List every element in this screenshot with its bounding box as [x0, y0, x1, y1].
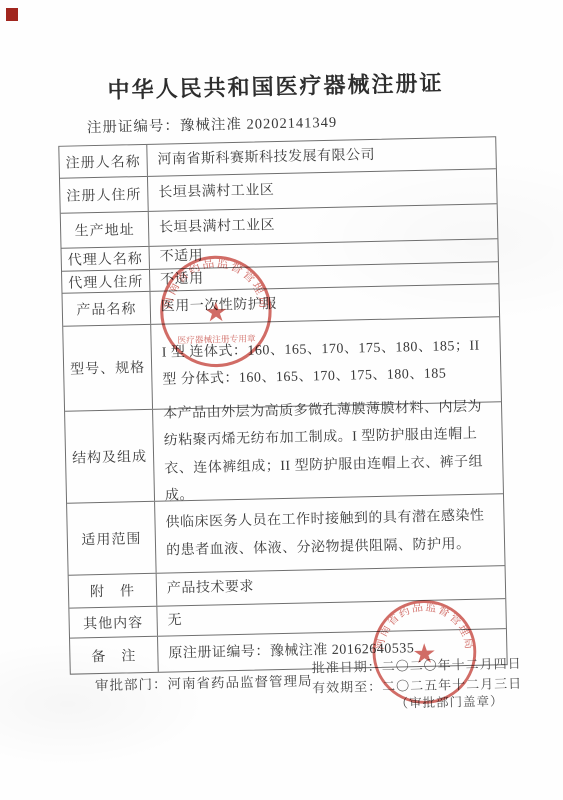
- row-label: 注册人名称: [59, 145, 148, 178]
- row-label: 代理人住所: [62, 270, 150, 293]
- registration-number-line: 注册证编号：豫械注准 20202141349: [87, 111, 338, 137]
- row-label: 代理人名称: [62, 247, 150, 271]
- registration-number-label: 注册证编号：: [87, 118, 180, 136]
- table-row: 结构及组成 本产品由外层为高质多微孔薄膜薄膜材料、内层为纺粘聚丙烯无纺布加工制成…: [65, 402, 503, 503]
- table-row: 适用范围 供临床医务人员在工作时接触到的具有潜在感染性的患者血液、体液、分泌物提…: [67, 494, 504, 575]
- registration-number-value: 豫械注准 20202141349: [180, 115, 338, 134]
- seal-star-icon: ★: [203, 297, 228, 329]
- row-value: 本产品由外层为高质多微孔薄膜薄膜材料、内层为纺粘聚丙烯无纺布加工制成。I 型防护…: [153, 402, 503, 501]
- row-label: 结构及组成: [65, 410, 155, 503]
- seal-star-icon: ★: [412, 638, 437, 670]
- row-value: 供临床医务人员在工作时接触到的具有潜在感染性的患者血液、体液、分泌物提供阻隔、防…: [155, 494, 504, 573]
- row-label: 适用范围: [67, 502, 157, 575]
- certificate-page: 中华人民共和国医疗器械注册证 注册证编号：豫械注准 20202141349 注册…: [0, 0, 563, 800]
- row-label: 其他内容: [69, 607, 158, 638]
- row-label: 产品名称: [63, 292, 152, 326]
- row-label: 注册人住所: [60, 177, 149, 213]
- approval-department-label: 审批部门：: [95, 677, 168, 694]
- row-label: 备 注: [70, 637, 159, 674]
- registration-seal-stamp: 河南省药品监督管理局 ★ 医疗器械注册专用章: [157, 252, 276, 371]
- certificate-title: 中华人民共和国医疗器械注册证: [0, 64, 557, 107]
- registration-seal-banner-text: 医疗器械注册专用章: [177, 332, 256, 345]
- row-label: 型号、规格: [63, 325, 153, 411]
- row-label: 生产地址: [61, 212, 150, 248]
- approval-department-line: 审批部门：河南省药品监督管理局: [95, 669, 313, 694]
- approval-department-value: 河南省药品监督管理局: [167, 673, 312, 691]
- certificate-table: 注册人名称 河南省斯科赛斯科技发展有限公司 注册人住所 长垣县满村工业区 生产地…: [58, 136, 507, 674]
- approval-seal-stamp: 河南省药品监督管理局 ★: [369, 597, 479, 707]
- row-label: 附 件: [69, 574, 158, 608]
